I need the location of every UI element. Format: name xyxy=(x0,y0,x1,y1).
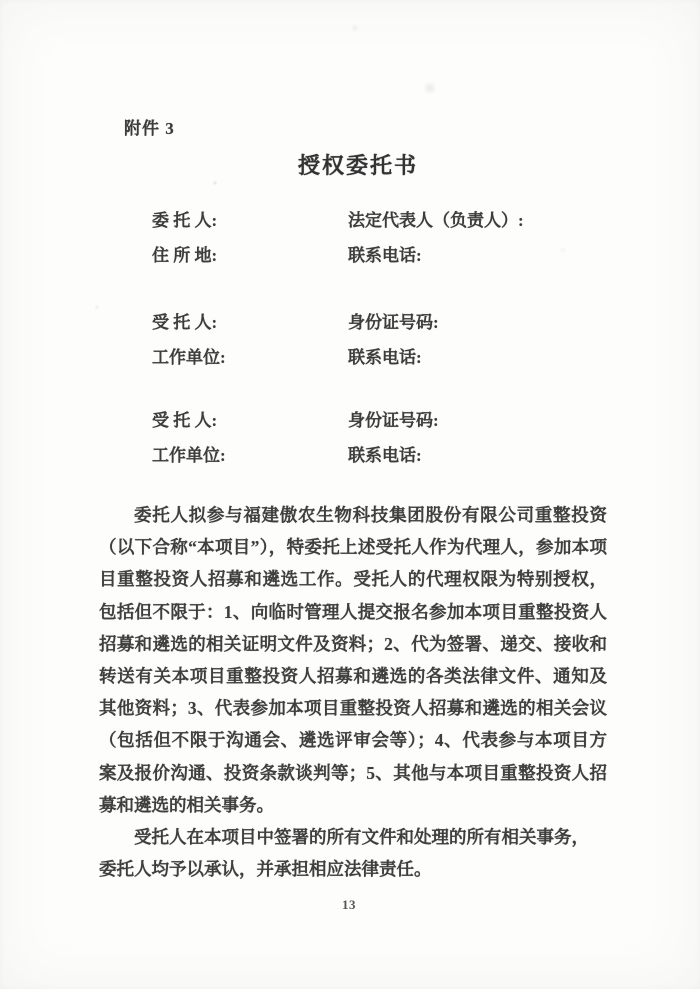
body-line: 招募和遴选的相关证明文件及资料；2、代为签署、递交、接收和 xyxy=(99,628,607,660)
body-line: 案及报价沟通、投资条款谈判等；5、其他与本项目重整投资人招 xyxy=(99,757,607,789)
form-row-work-unit-2: 工作单位: 联系电话: xyxy=(152,441,612,465)
document-page: 附件 3 授权委托书 委 托 人: 法定代表人（负责人）: 住 所 地: 联系电… xyxy=(0,0,700,989)
field-label-trustee-1: 受 托 人: xyxy=(152,308,217,333)
field-label-work-unit-2: 工作单位: xyxy=(152,441,226,466)
body-line: 募和遴选的相关事务。 xyxy=(99,789,607,821)
body-line: （以下合称“本项目”），特委托上述受托人作为代理人，参加本项 xyxy=(99,531,607,563)
field-label-legal-representative: 法定代表人（负责人）: xyxy=(348,206,524,231)
body-line: （包括但不限于沟通会、遴选评审会等）；4、代表参与本项目方 xyxy=(99,724,607,756)
field-label-residence: 住 所 地: xyxy=(152,241,217,266)
field-label-trustee-2: 受 托 人: xyxy=(152,406,217,431)
form-row-principal: 委 托 人: 法定代表人（负责人）: xyxy=(152,206,612,230)
document-title: 授权委托书 xyxy=(0,149,700,180)
field-label-contact-phone-3: 联系电话: xyxy=(348,441,422,466)
field-label-id-number-2: 身份证号码: xyxy=(348,406,439,431)
field-label-work-unit-1: 工作单位: xyxy=(152,343,226,368)
page-number: 13 xyxy=(0,897,698,913)
attachment-label: 附件 3 xyxy=(124,114,175,139)
body-line: 受托人在本项目中签署的所有文件和处理的所有相关事务， xyxy=(99,821,607,853)
body-paragraphs: 委托人拟参与福建傲农生物科技集团股份有限公司重整投资 （以下合称“本项目”），特… xyxy=(99,499,607,885)
field-label-contact-phone-1: 联系电话: xyxy=(348,241,422,266)
form-row-residence: 住 所 地: 联系电话: xyxy=(152,241,612,265)
body-line: 委托人均予以承认，并承担相应法律责任。 xyxy=(99,853,607,885)
body-line: 其他资料；3、代表参加本项目重整投资人招募和遴选的相关会议 xyxy=(99,692,607,724)
form-row-trustee-1: 受 托 人: 身份证号码: xyxy=(152,308,612,332)
field-label-contact-phone-2: 联系电话: xyxy=(348,343,422,368)
body-line: 委托人拟参与福建傲农生物科技集团股份有限公司重整投资 xyxy=(99,499,607,531)
body-line: 目重整投资人招募和遴选工作。受托人的代理权限为特别授权， xyxy=(99,563,607,595)
field-label-principal: 委 托 人: xyxy=(152,206,217,231)
field-label-id-number-1: 身份证号码: xyxy=(348,308,439,333)
form-row-trustee-2: 受 托 人: 身份证号码: xyxy=(152,406,612,430)
body-line: 转送有关本项目重整投资人招募和遴选的各类法律文件、通知及 xyxy=(99,660,607,692)
body-line: 包括但不限于：1、向临时管理人提交报名参加本项目重整投资人 xyxy=(99,596,607,628)
form-row-work-unit-1: 工作单位: 联系电话: xyxy=(152,343,612,367)
